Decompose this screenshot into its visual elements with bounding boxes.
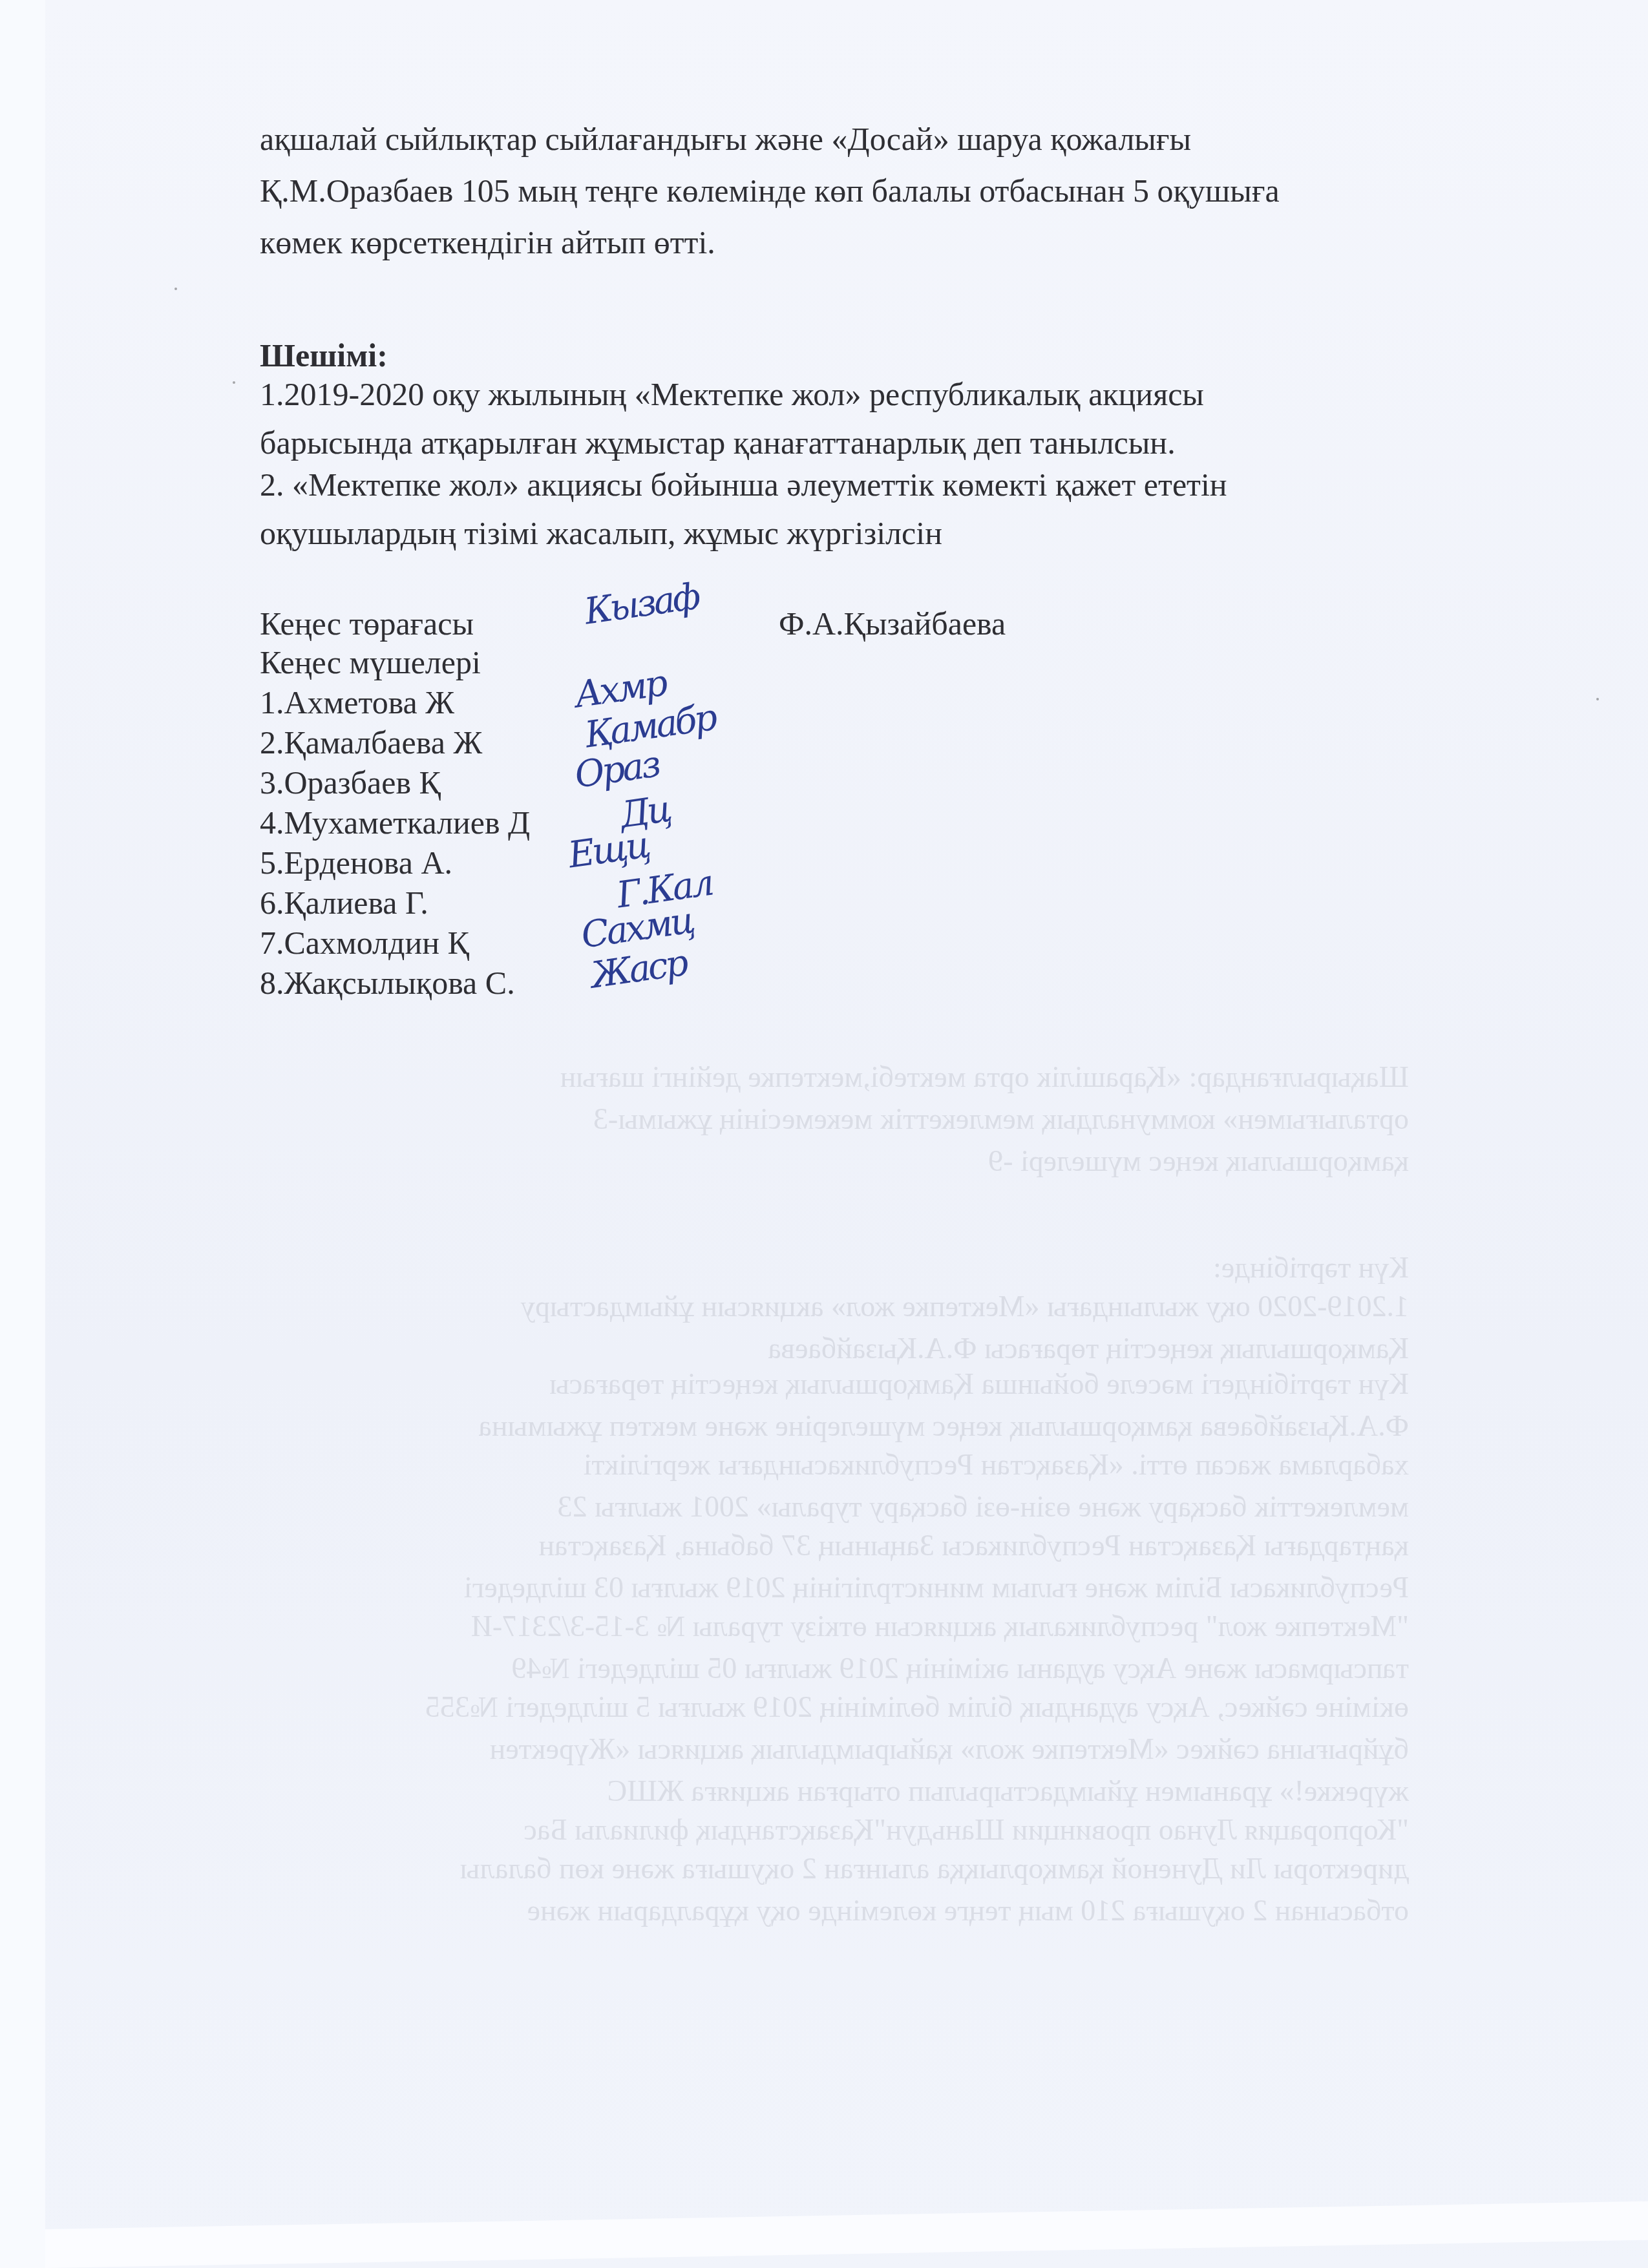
member-name: 4.Мухаметкалиев Д	[260, 806, 530, 839]
member-signature: Ещц	[565, 824, 651, 877]
show-through-line: Күн тәртібіндегі мәселе бойынша Қамқоршы…	[246, 1367, 1409, 1401]
chair-name: Ф.А.Қызайбаева	[779, 607, 1006, 640]
scan-edge	[0, 0, 45, 2268]
show-through-line: Күн тәртібінде:	[246, 1250, 1409, 1285]
scan-speck	[174, 288, 177, 290]
member-name: 3.Оразбаев Қ	[260, 766, 441, 799]
show-through-line: Ф.А.Қызайбаева қамқоршылық кеңес мүшелер…	[246, 1409, 1409, 1443]
member-name: 1.Ахметова Ж	[260, 686, 454, 719]
member-name: 6.Қалиева Г.	[260, 887, 428, 919]
member-name: 5.Ерденова А.	[260, 846, 452, 879]
decision-line-2: барысында атқарылған жұмыстар қанағаттан…	[260, 426, 1176, 459]
decision-line-4: оқушылардың тізімі жасалып, жұмыс жүргіз…	[260, 517, 942, 549]
member-name: 2.Қамалбаева Ж	[260, 726, 482, 759]
show-through-line: Шақырылғандар: «Қарашілік орта мектебі,м…	[246, 1060, 1409, 1094]
show-through-line: Республикасы Білім және ғылым министрліг…	[246, 1570, 1409, 1604]
show-through-line: отбасынан 2 оқушыға 210 мың теңге көлемі…	[246, 1893, 1409, 1927]
show-through-line: хабарлама жасап өтті. «Қазақстан Республ…	[246, 1447, 1409, 1482]
show-through-line: "Корпорация Лунао провинции Шаньдун"Қаза…	[246, 1812, 1409, 1847]
show-through-line: мемлекеттік басқару және өзін-өзі басқар…	[246, 1489, 1409, 1524]
chair-signature: Кызаф	[582, 576, 701, 633]
show-through-line: қамқоршылық кеңес мүшелері -9	[246, 1144, 1409, 1178]
show-through-line: қаңтардағы Қазақстан Республикасы Заңыны…	[246, 1528, 1409, 1562]
member-name: 7.Сахмолдин Қ	[260, 927, 469, 959]
show-through-line: бұйрығына сәйкес «Мектепке жол» қайырымд…	[246, 1732, 1409, 1766]
intro-line-2: Қ.М.Оразбаев 105 мың теңге көлемінде көп…	[260, 174, 1280, 207]
show-through-line: 1.2019-2020 оқу жылындағы «Мектепке жол»…	[246, 1289, 1409, 1323]
member-signature: Ораз	[572, 743, 660, 796]
intro-line-1: ақшалай сыйлықтар сыйлағандығы және «Дос…	[260, 123, 1191, 155]
member-name: 8.Жақсылықова С.	[260, 967, 515, 999]
decision-line-1: 1.2019-2020 оқу жылының «Мектепке жол» р…	[260, 378, 1204, 410]
show-through-line: жүрекке!» ұранымен ұйымдастырылып отырға…	[246, 1774, 1409, 1808]
decision-line-3: 2. «Мектепке жол» акциясы бойынша әлеуме…	[260, 468, 1227, 501]
scan-speck	[1596, 698, 1599, 700]
decision-heading: Шешімі:	[260, 339, 388, 372]
scanned-page: Шақырылғандар: «Қарашілік орта мектебі,м…	[0, 0, 1648, 2268]
show-through-line: "Мектепке жол" республикалық акциясын өт…	[246, 1609, 1409, 1643]
chair-label: Кеңес төрағасы	[260, 607, 474, 640]
scan-bottom-edge	[45, 2201, 1648, 2268]
show-through-line: директоры Ли Дуненой қамқорлыққа алынған…	[246, 1851, 1409, 1885]
intro-line-3: көмек көрсеткендігін айтып өтті.	[260, 226, 715, 258]
members-label: Кеңес мүшелері	[260, 646, 481, 678]
show-through-line: орталығымен» коммуналдық мемлекеттік мек…	[246, 1102, 1409, 1136]
scan-speck	[233, 381, 235, 384]
show-through-line: өкіміне сәйкес, Ақсу аудандық білім бөлі…	[246, 1690, 1409, 1724]
show-through-line: Қамқоршылық кеңестің төрағасы Ф.А.Қызайб…	[246, 1331, 1409, 1365]
show-through-line: тапсырмасы және Ақсу ауданы әкімінің 201…	[246, 1651, 1409, 1685]
